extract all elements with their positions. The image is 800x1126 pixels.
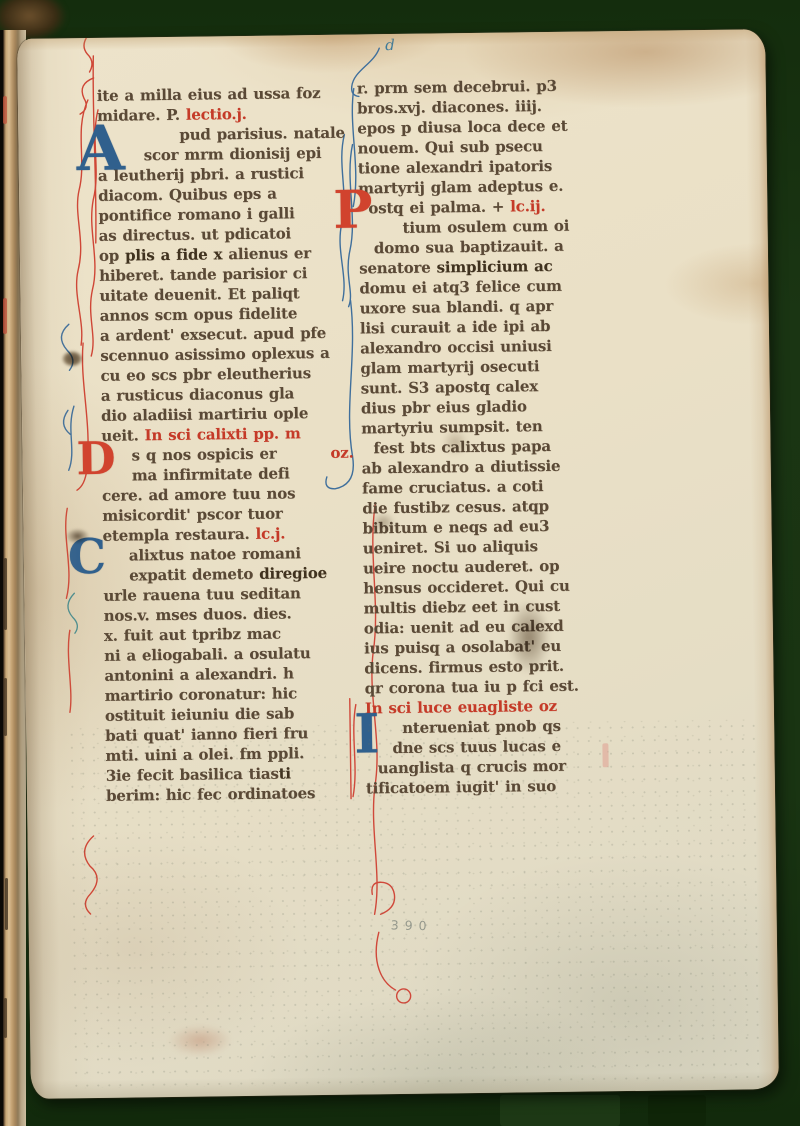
body-text: epos p diusa loca dece et — [357, 117, 567, 138]
body-text: domu ei atq3 felice cum — [359, 277, 562, 298]
body-text: bati quat' ianno fieri fru — [105, 724, 308, 745]
body-text: cu eo scs pbr eleutherius — [100, 364, 311, 385]
text-line: berim: hic fec ordinatoes — [106, 782, 362, 805]
body-text: glam martyrij osecuti — [360, 357, 539, 377]
body-text: multis diebz eet in cust — [363, 597, 560, 618]
body-text: 3ie fecit basilica tias — [106, 765, 279, 785]
body-text: ueniret. Si uo aliquis — [363, 537, 538, 557]
body-text: martyrij glam adeptus e. — [358, 177, 563, 198]
body-text: pontifice romano i galli — [98, 204, 294, 225]
text-line: scor mrm dionisij epi — [98, 143, 354, 166]
body-text: nouem. Qui sub psecu — [357, 137, 542, 157]
body-text: ma infirmitate defi — [132, 464, 290, 484]
body-text: annos scm opus fidelite — [100, 304, 298, 325]
initial-i: I — [354, 706, 380, 760]
body-text: urle rauena tuu seditan — [103, 584, 301, 605]
body-text: ueire noctu auderet. op — [363, 557, 560, 578]
background-streak — [648, 1095, 706, 1126]
body-text: misicordit' pscor tuor — [102, 505, 282, 525]
body-text: tificatoem iugit' in suo — [366, 777, 556, 797]
fore-edge-red-mark — [3, 298, 7, 334]
initial-p: P — [333, 184, 373, 237]
body-text: sunt. S3 apostq calex — [361, 377, 538, 397]
initial-a: A — [76, 118, 125, 181]
body-text: plis a fide x — [125, 245, 222, 264]
rubric-text: oz. — [330, 443, 353, 463]
text-line: scennuo asissimo oplexus a — [100, 343, 356, 366]
body-text: ni a eliogabali. a osulatu — [104, 644, 311, 665]
fore-edge-ink-mark — [4, 558, 7, 630]
body-text: lisi curauit a ide ipi ab — [360, 317, 551, 337]
body-text: expatit demeto — [129, 565, 259, 585]
body-text: uitate deuenit. Et paliqt — [99, 284, 299, 305]
body-text: nterueniat pnob qs — [402, 717, 561, 737]
body-text: alexandro occisi uniusi — [360, 337, 552, 358]
rubric-text: lc.ij. — [510, 197, 545, 215]
body-text: ab alexandro a diutissie — [362, 457, 561, 478]
page-number-pencil: 390 — [391, 917, 433, 933]
parchment-page: ite a milla eius ad ussa fozmidare. P. l… — [17, 29, 779, 1099]
fore-edge-ink-mark — [4, 998, 7, 1038]
fore-edge-ink-mark — [4, 678, 7, 736]
text-line: expatit demeto diregioe — [103, 563, 359, 586]
body-text: dius pbr eius gladio — [361, 397, 527, 417]
body-text: alixtus natoe romani — [129, 544, 301, 564]
body-text: as directus. ut pdicatoi — [99, 224, 292, 245]
body-text: ostituit ieiuniu die sab — [105, 704, 294, 724]
rubric-text: lectio.j. — [186, 105, 247, 124]
text-line: tificatoem iugit' in suo — [366, 775, 626, 798]
body-text: scor mrm dionisij epi — [144, 144, 322, 164]
quire-mark-d: d — [385, 36, 395, 54]
body-text: a ardent' exsecut. apud pfe — [100, 324, 326, 345]
fore-edge-ink-mark — [5, 878, 8, 930]
body-text: uanglista q crucis mor — [378, 757, 566, 777]
body-text: odia: uenit ad eu calexd — [364, 617, 564, 638]
body-text: mti. uini a olei. fm ppli. — [105, 744, 304, 765]
body-text: x. fuit aut tpribz mac — [104, 625, 281, 645]
ink-blot-stain — [61, 350, 83, 367]
body-text: fame cruciatus. a coti — [362, 477, 544, 497]
body-text: tium osulem cum oi — [402, 217, 569, 237]
body-text: dicens. firmus esto prit. — [364, 657, 564, 678]
pink-stain — [168, 1024, 232, 1057]
body-text: op — [99, 247, 125, 265]
margin-red-mark — [602, 743, 608, 767]
body-text: s q nos ospicis er — [131, 444, 276, 466]
body-text: senatore — [359, 258, 437, 277]
text-column-left: ite a milla eius ad ussa fozmidare. P. l… — [97, 83, 362, 806]
body-text: martirio coronatur: hic — [105, 684, 297, 705]
body-text: ti — [279, 764, 291, 782]
body-text: dne scs tuus lucas e — [392, 737, 561, 757]
body-text: nos.v. mses duos. dies. — [104, 604, 292, 624]
body-text: bros.xvj. diacones. iiij. — [357, 97, 542, 117]
body-text: alienus er — [222, 244, 311, 263]
body-text: dio aladiisi martiriu ople — [101, 404, 308, 425]
background-streak — [500, 1095, 620, 1126]
body-text: bibitum e neqs ad eu3 — [362, 517, 549, 537]
body-text: etempla restaura. — [102, 525, 255, 545]
body-text: r. prm sem decebrui. p3 — [357, 77, 557, 98]
initial-c: C — [68, 533, 107, 581]
body-text: domo sua baptizauit. a — [374, 237, 564, 257]
body-text: berim: hic fec ordinatoes — [106, 784, 315, 805]
body-text: fest bts calixtus papa — [373, 437, 551, 457]
body-text: tione alexandri ipatoris — [358, 157, 552, 178]
body-text: ite a milla eius ad ussa foz — [97, 84, 321, 105]
text-line: ite a milla eius ad ussa foz — [97, 83, 353, 106]
rubric-text: lc.j. — [255, 524, 285, 542]
body-text: cere. ad amore tuu nos — [102, 484, 295, 505]
body-text: scennuo asissimo oplexus a — [100, 344, 330, 365]
fore-edge-red-mark — [3, 96, 7, 124]
body-text: martyriu sumpsit. ten — [361, 417, 543, 437]
body-text: hensus occideret. Qui cu — [363, 577, 570, 598]
body-text: simplicium ac — [436, 257, 552, 277]
body-text: diacom. Quibus eps a — [98, 185, 277, 205]
body-text: uxore sua blandi. q apr — [360, 297, 554, 318]
initial-d: D — [76, 436, 116, 482]
body-text: pud parisius. natale — [179, 124, 345, 144]
body-text: qr corona tua iu p fci est. — [365, 677, 579, 698]
body-text: hiberet. tande parisior ci — [99, 264, 307, 285]
body-text: diregioe — [259, 564, 327, 583]
rubric-text: In sci luce euagliste oz — [365, 697, 557, 718]
body-text: antonini a alexandri. h — [104, 664, 294, 684]
body-text: ius puisq a osolabat' eu — [364, 637, 561, 658]
body-text: a leutherij pbri. a rustici — [98, 164, 304, 185]
body-text: die fustibz cesus. atqp — [362, 497, 549, 517]
body-text: a rusticus diaconus gla — [101, 384, 295, 405]
manuscript-photo: ite a milla eius ad ussa fozmidare. P. l… — [0, 0, 800, 1126]
text-column-right: r. prm sem decebrui. p3bros.xvj. diacone… — [357, 75, 626, 798]
body-text: ostq ei palma. + — [368, 198, 510, 218]
rubric-text: In sci calixti pp. m — [145, 424, 301, 444]
